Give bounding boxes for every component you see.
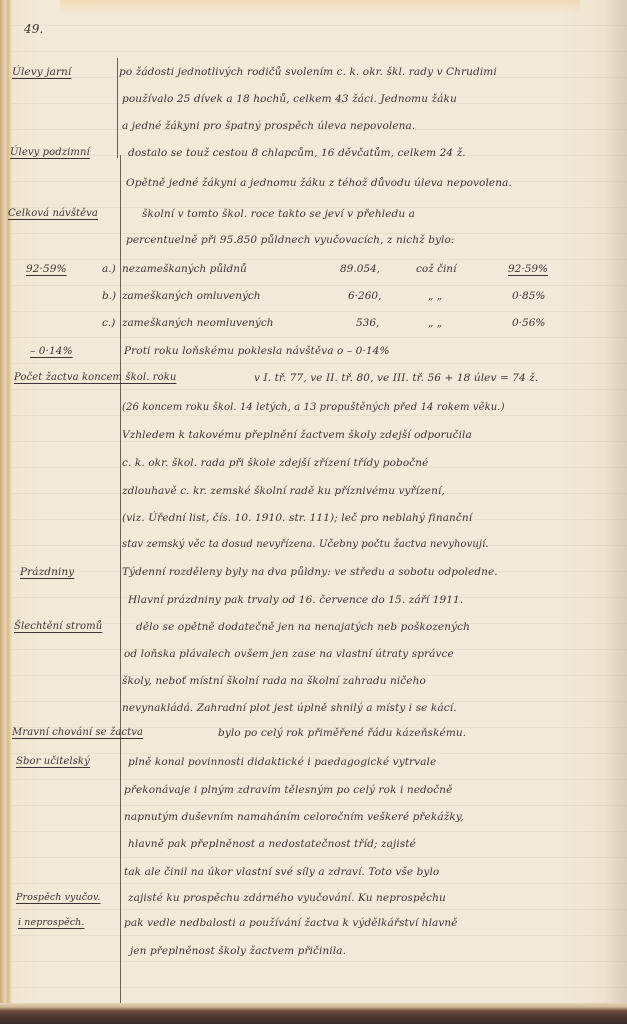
notebook-page: 49. Úlevy jarní Úlevy podzimní Celková n… [0,0,627,1010]
text-line: jen přeplněnost školy žactvem přičinila. [130,945,346,957]
text-line: Opětně jedné žákyni a jednomu žáku z téh… [126,177,512,189]
margin-minus-014: – 0·14% [30,345,73,357]
text-line: c. k. okr. škol. rada při škole zdejší z… [122,457,428,469]
heading-ulevy-podzimni: Úlevy podzimní [10,147,90,158]
row-b-label: b.) [102,290,116,302]
text-line: zajisté ku prospěchu zdárného vyučování.… [128,892,446,904]
text-line: školní v tomto škol. roce takto se jeví … [142,208,415,220]
text-line: plně konal povinnosti didaktické i paeda… [128,756,436,768]
text-line: po žádosti jednotlivých rodičů svolením … [119,66,497,78]
text-line: používalo 25 dívek a 18 hochů, celkem 43… [122,93,457,105]
text-line: a jedné žákyni pro špatný prospěch úleva… [122,120,415,132]
page-number: 49. [24,22,43,36]
row-c-pct: 0·56% [512,317,545,329]
margin-rule-top [117,58,118,158]
row-c-label: c.) [102,317,115,329]
text-line: (viz. Úřední list, čís. 10. 1910. str. 1… [122,512,472,524]
text-line: nevynakládá. Zahradní plot jest úplně sh… [122,702,457,714]
row-a-ditto: což činí [416,263,456,275]
heading-sbor-ucitelsky: Sbor učitelský [16,756,90,767]
heading-prazdniny: Prázdniny [20,566,74,578]
margin-rule [120,155,121,1005]
row-a-count: 89.054, [340,263,380,275]
text-line: dělo se opětně dodatečně jen na nenajatý… [136,621,470,633]
text-line: stav zemský věc ta dosud nevyřízena. Uče… [122,539,489,550]
text-line: Týdenní rozděleny byly na dva půldny: ve… [122,566,498,578]
text-line: napnutým duševním namaháním celoročním v… [124,811,464,823]
row-a-label: a.) [102,263,116,275]
heading-neprospech: i neprospěch. [18,917,84,928]
row-a-pct: 92·59% [508,263,548,275]
row-c-desc: zameškaných neomluvených [122,317,274,329]
row-b-pct: 0·85% [512,290,545,302]
row-c-count: 536, [356,317,379,329]
text-line: (26 koncem roku škol. 14 letých, a 13 pr… [122,402,505,413]
row-b-count: 6·260, [348,290,381,302]
text-line: zdlouhavě c. kr. zemské školní radě ku p… [122,485,445,497]
text-line: v I. tř. 77, ve II. tř. 80, ve III. tř. … [254,372,538,384]
text-line: hlavně pak přeplněnost a nedostatečnost … [128,838,416,850]
heading-celkova-navsteva: Celková návštěva [8,208,98,219]
row-a-desc: nezameškaných půldnů [122,263,247,275]
text-line: překonávaje i plným zdravím tělesným po … [124,784,452,796]
heading-ulevy-jarni: Úlevy jarní [12,66,71,78]
book-bottom-edge [0,1003,627,1024]
row-b-ditto: „ „ [428,290,442,302]
heading-prospech: Prospěch vyučov. [16,892,100,903]
text-line: Vzhledem k takovému přeplnění žactvem šk… [122,429,472,441]
text-line: dostalo se touž cestou 8 chlapcům, 16 dě… [128,147,466,159]
page-top-shading [60,0,580,14]
row-b-desc: zameškaných omluvených [122,290,261,302]
row-c-ditto: „ „ [428,317,442,329]
margin-pct-9259: 92·59% [26,263,67,275]
text-line: pak vedle nedbalosti a používání žactva … [124,917,458,929]
text-line: Proti roku loňskému poklesla návštěva o … [124,345,390,357]
text-line: školy, neboť místní školní rada na školn… [122,675,426,687]
heading-slechteni-stromu: Šlechtění stromů [14,621,102,632]
text-line: od loňska plávalech ovšem jen zase na vl… [124,648,454,660]
heading-mravni-chovani: Mravní chování se žactva [12,727,143,738]
text-line: Hlavní prázdniny pak trvaly od 16. červe… [128,594,463,606]
text-line: percentuelně při 95.850 půldnech vyučova… [126,234,455,246]
text-line: bylo po celý rok přiměřené řádu kázeňské… [218,727,466,739]
text-line: tak ale činil na úkor vlastní své síly a… [124,866,439,878]
heading-pocet-zactva: Počet žactva koncem škol. roku [14,372,176,383]
